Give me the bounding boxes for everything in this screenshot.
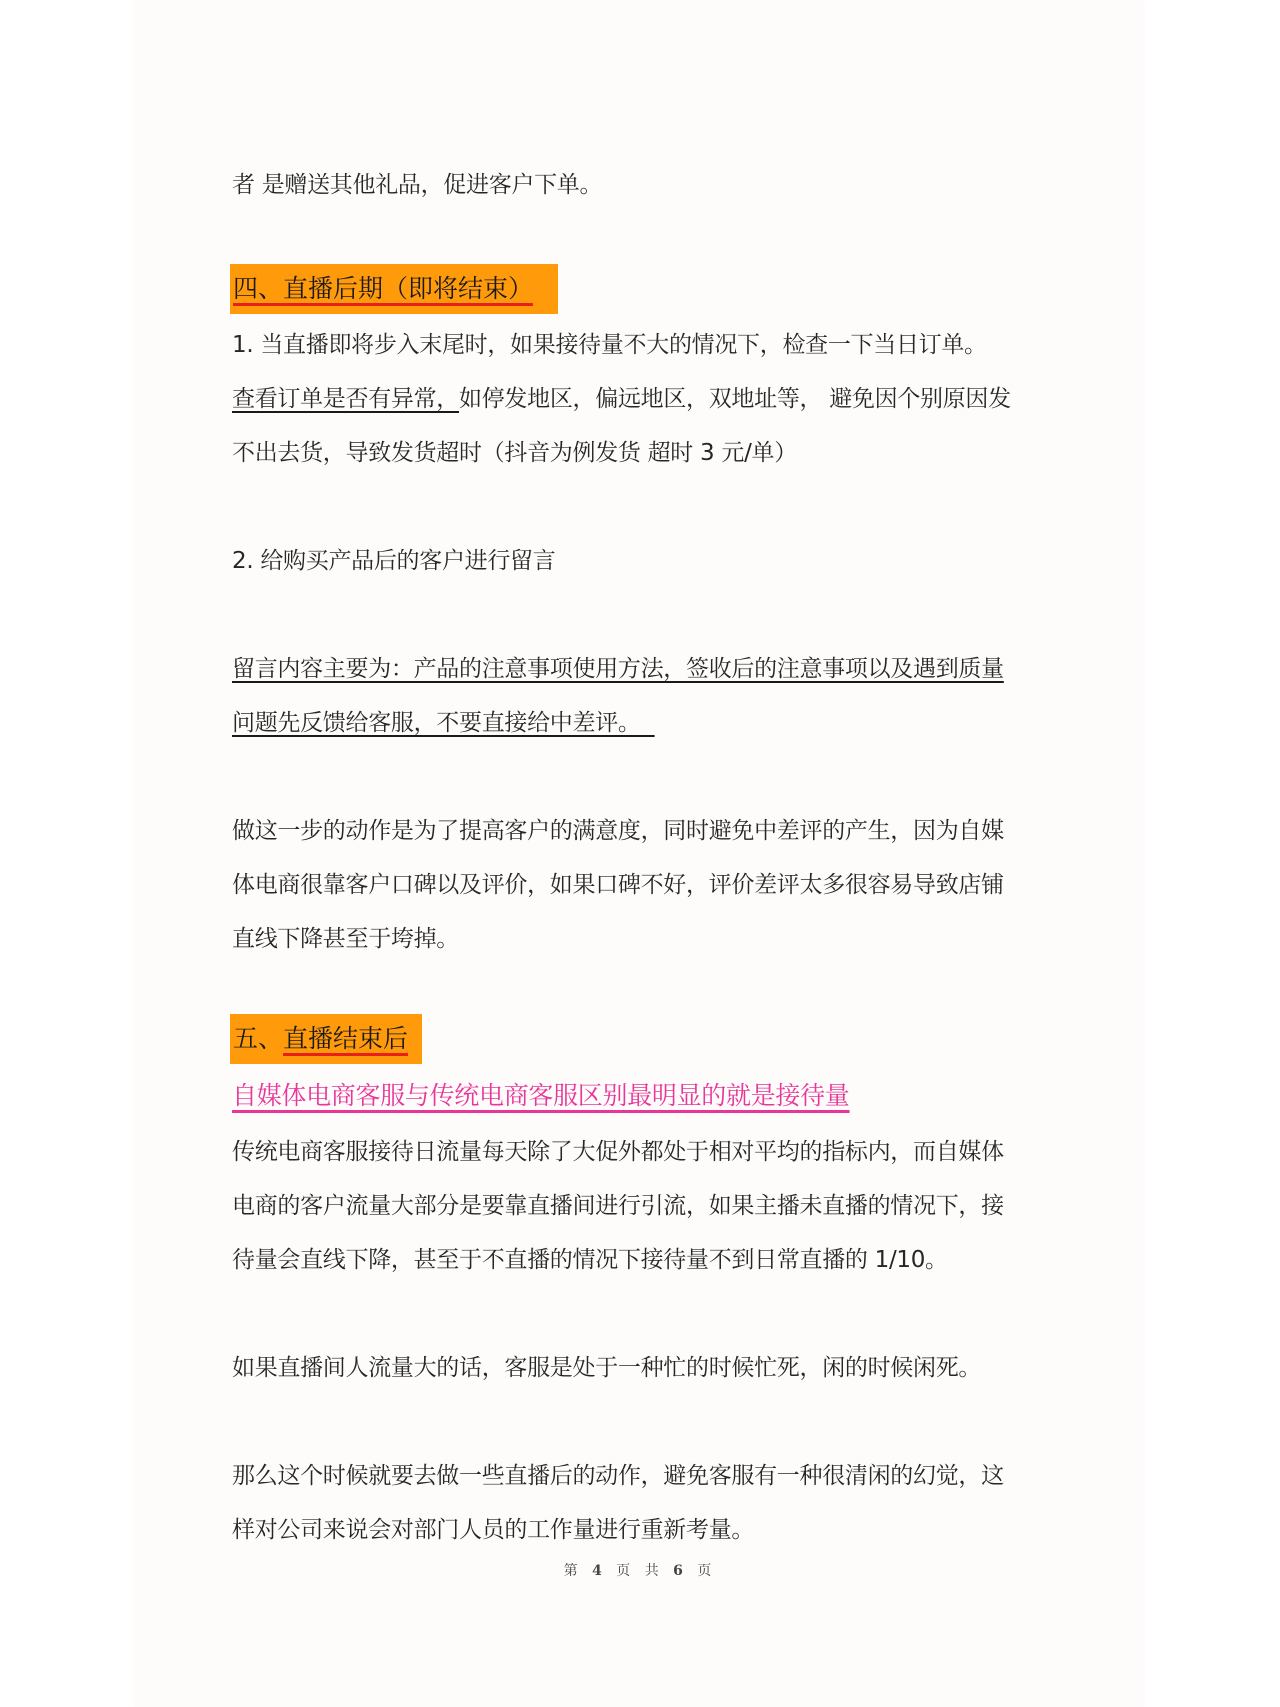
check-orders-underlined: 查看订单是否有异常， [232, 386, 459, 412]
section-4-item-2-title: 2. 给购买产品后的客户进行留言 [232, 546, 555, 576]
total-pages-number: 6 [673, 1563, 688, 1579]
explanation-line-1: 做这一步的动作是为了提高客户的满意度，同时避免中差评的产生，因为自媒 [232, 816, 1004, 846]
section-5-paragraph-1-line-1: 传统电商客服接待日流量每天除了大促外都处于相对平均的指标内，而自媒体 [232, 1137, 1004, 1167]
section-5-heading: 五、直播结束后 [230, 1014, 422, 1064]
section-5-highlight: 自媒体电商客服与传统电商客服区别最明显的就是接待量 [232, 1081, 850, 1112]
highlight-text: 自媒体电商客服与传统电商客服区别最明显的就是接待量 [232, 1081, 850, 1110]
section-4-heading: 四、直播后期（即将结束） [230, 264, 558, 314]
current-page-number: 4 [592, 1563, 607, 1579]
note-line-2-text: 问题先反馈给客服，不要直接给中差评。 [232, 710, 655, 736]
carryover-line: 者 是赠送其他礼品，促进客户下单。 [232, 170, 602, 200]
section-4-item-2-note-line-1: 留言内容主要为：产品的注意事项使用方法，签收后的注意事项以及遇到质量 [232, 654, 1004, 684]
explanation-line-2: 体电商很靠客户口碑以及评价，如果口碑不好，评价差评太多很容易导致店铺 [232, 870, 1004, 900]
check-orders-rest: 如停发地区，偏远地区，双地址等， 避免因个别原因发 [459, 386, 1011, 412]
section-5-heading-text: 直播结束后 [283, 1024, 408, 1053]
section-4-item-1-line-3: 不出去货，导致发货超时（抖音为例发货 超时 3 元/单） [232, 438, 797, 468]
explanation-line-3: 直线下降甚至于垮掉。 [232, 924, 459, 954]
section-5-heading-prefix: 五、 [233, 1024, 283, 1053]
section-5-paragraph-2: 如果直播间人流量大的话，客服是处于一种忙的时候忙死，闲的时候闲死。 [232, 1353, 981, 1383]
section-4-heading-text: 四、直播后期（即将结束） [233, 274, 533, 303]
footer-label-end: 页 [697, 1563, 716, 1579]
section-5-paragraph-3-line-1: 那么这个时候就要去做一些直播后的动作，避免客服有一种很清闲的幻觉，这 [232, 1461, 1004, 1491]
section-5-paragraph-1-line-2: 电商的客户流量大部分是要靠直播间进行引流，如果主播未直播的情况下，接 [232, 1191, 1004, 1221]
section-4-item-1-line-1: 1. 当直播即将步入末尾时，如果接待量不大的情况下，检查一下当日订单。 [232, 330, 987, 360]
footer-label-of: 页 共 [616, 1563, 663, 1579]
document-page [135, 0, 1143, 1707]
section-4-item-1-line-2: 查看订单是否有异常，如停发地区，偏远地区，双地址等， 避免因个别原因发 [232, 384, 1011, 414]
note-line-1-text: 留言内容主要为：产品的注意事项使用方法，签收后的注意事项以及遇到质量 [232, 656, 1004, 682]
page-number-footer: 第 4 页 共 6 页 [0, 1560, 1280, 1580]
section-5-paragraph-1-line-3: 待量会直线下降，甚至于不直播的情况下接待量不到日常直播的 1/10。 [232, 1245, 948, 1275]
footer-label-page: 第 [564, 1563, 583, 1579]
section-5-paragraph-3-line-2: 样对公司来说会对部门人员的工作量进行重新考量。 [232, 1515, 754, 1545]
section-4-item-2-note-line-2: 问题先反馈给客服，不要直接给中差评。 [232, 708, 655, 738]
